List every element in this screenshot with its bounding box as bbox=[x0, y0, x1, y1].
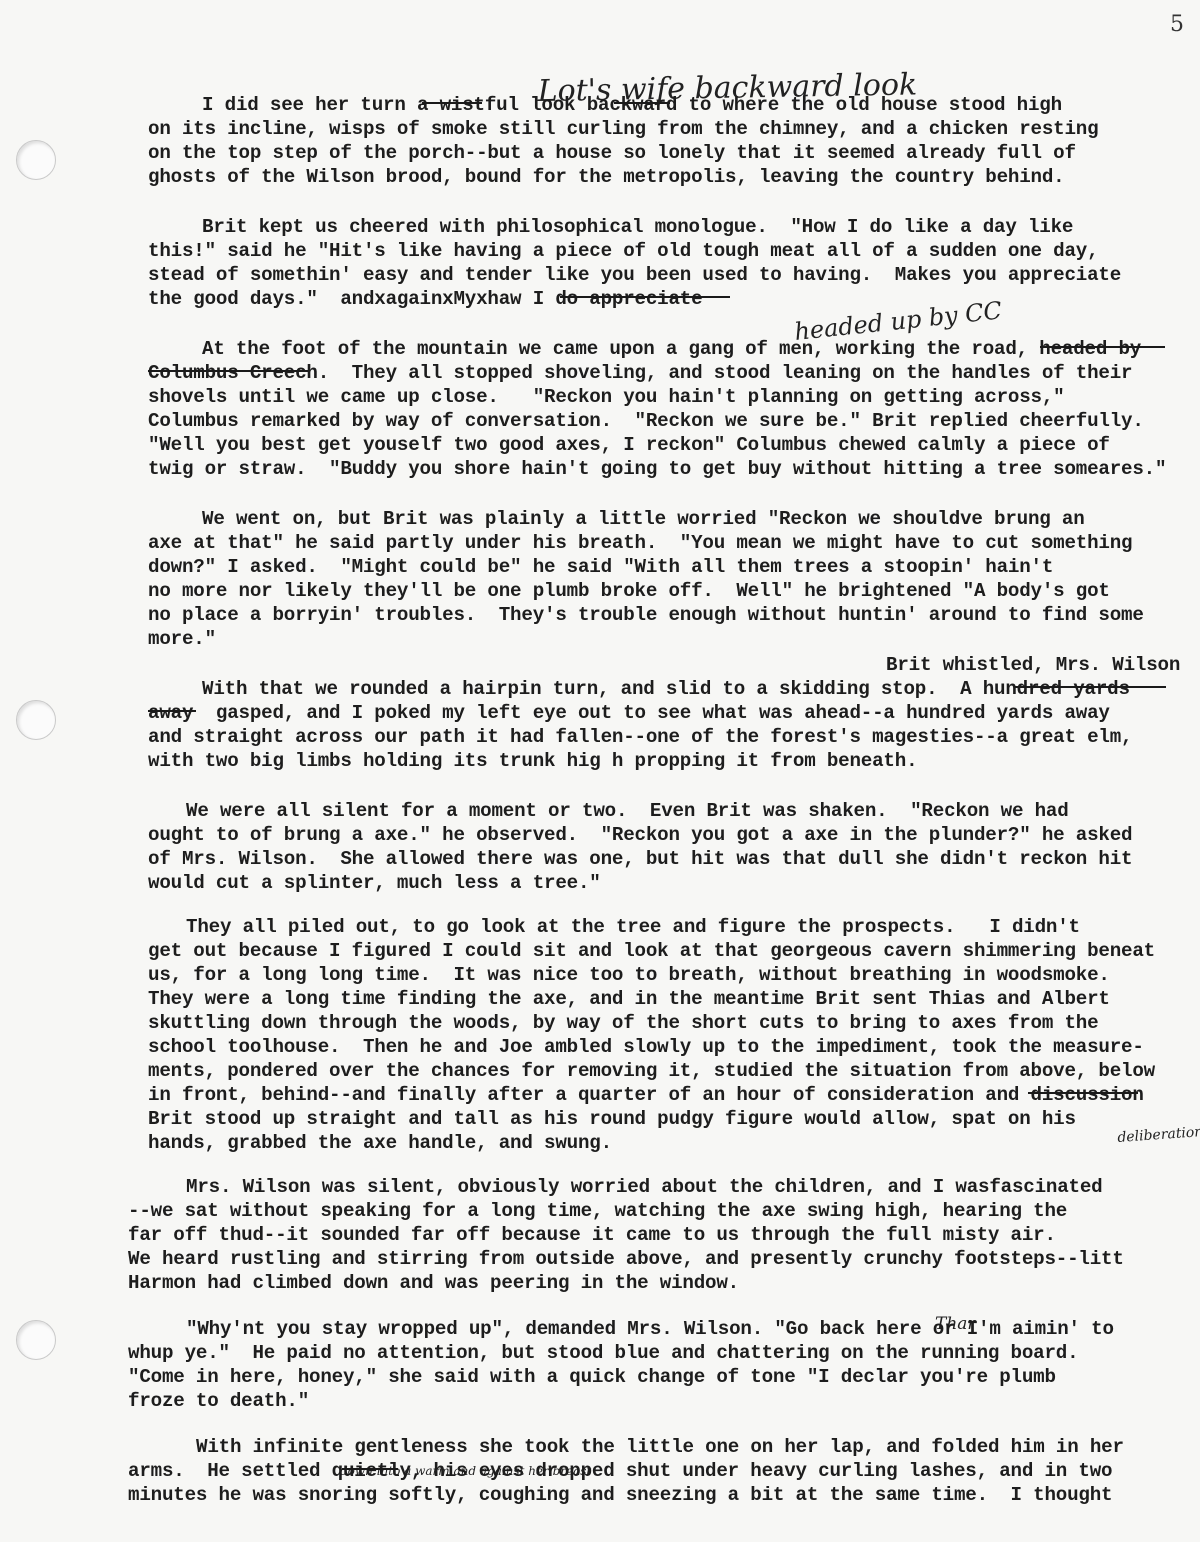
typed-line: With infinite gentleness she took the li… bbox=[196, 1435, 1124, 1459]
typed-line: us, for a long long time. It was nice to… bbox=[148, 963, 1110, 987]
typed-line: At the foot of the mountain we came upon… bbox=[202, 337, 1141, 361]
strikethrough-mark bbox=[1040, 346, 1165, 348]
typed-line: no place a borryin' troubles. They's tro… bbox=[148, 603, 1144, 627]
strikethrough-mark bbox=[560, 296, 730, 298]
typed-line: twig or straw. "Buddy you shore hain't g… bbox=[148, 457, 1166, 481]
typed-line: ought to of brung a axe." he observed. "… bbox=[148, 823, 1132, 847]
typed-line: Brit kept us cheered with philosophical … bbox=[202, 215, 1073, 239]
strikethrough-mark bbox=[614, 102, 670, 104]
typed-line: minutes he was snoring softly, coughing … bbox=[128, 1483, 1112, 1507]
typed-line: on the top step of the porch--but a hous… bbox=[148, 141, 1076, 165]
typed-line: skuttling down through the woods, by way… bbox=[148, 1011, 1098, 1035]
strikethrough-mark bbox=[342, 1468, 398, 1470]
typed-line: We went on, but Brit was plainly a littl… bbox=[202, 507, 1085, 531]
typed-line: froze to death." bbox=[128, 1389, 309, 1413]
typed-line: "Come in here, honey," she said with a q… bbox=[128, 1365, 1056, 1389]
typed-line: stead of somethin' easy and tender like … bbox=[148, 263, 1121, 287]
page-number: 5 bbox=[1170, 12, 1184, 37]
punch-hole bbox=[16, 140, 56, 180]
typed-line: school toolhouse. Then he and Joe ambled… bbox=[148, 1035, 1144, 1059]
typed-line: away gasped, and I poked my left eye out… bbox=[148, 701, 1110, 725]
typed-line: in front, behind--and finally after a qu… bbox=[148, 1083, 1144, 1107]
strikethrough-mark bbox=[148, 370, 308, 372]
strikethrough-mark bbox=[1014, 686, 1166, 688]
typed-line: the good days." andxagainxMyxhaw I do ap… bbox=[148, 287, 702, 311]
handwritten-note-deliberation: deliberation bbox=[1117, 1124, 1200, 1146]
typed-line: --we sat without speaking for a long tim… bbox=[128, 1199, 1067, 1223]
typed-line: "Well you best get youself two good axes… bbox=[148, 433, 1110, 457]
typed-line: get out because I figured I could sit an… bbox=[148, 939, 1155, 963]
typed-line: Brit stood up straight and tall as his r… bbox=[148, 1107, 1076, 1131]
typed-line: far off thud--it sounded far off because… bbox=[128, 1223, 1056, 1247]
typed-line: and straight across our path it had fall… bbox=[148, 725, 1132, 749]
typed-line: hands, grabbed the axe handle, and swung… bbox=[148, 1131, 612, 1155]
typed-line: They all piled out, to go look at the tr… bbox=[186, 915, 1080, 939]
typed-line: ments, pondered over the chances for rem… bbox=[148, 1059, 1155, 1083]
typed-line: With that we rounded a hairpin turn, and… bbox=[202, 677, 1130, 701]
typed-line: whup ye." He paid no attention, but stoo… bbox=[128, 1341, 1078, 1365]
typed-line: Mrs. Wilson was silent, obviously worrie… bbox=[186, 1175, 1102, 1199]
strikethrough-mark bbox=[148, 710, 196, 712]
typed-line: I did see her turn a wistful look backwa… bbox=[202, 93, 1062, 117]
punch-hole bbox=[16, 700, 56, 740]
typed-line: down?" I asked. "Might could be" he said… bbox=[148, 555, 1053, 579]
typed-line: ghosts of the Wilson brood, bound for th… bbox=[148, 165, 1064, 189]
strikethrough-mark bbox=[422, 102, 482, 104]
typed-line: of Mrs. Wilson. She allowed there was on… bbox=[148, 847, 1132, 871]
typed-line: axe at that" he said partly under his br… bbox=[148, 531, 1132, 555]
typed-line: arms. He settled quietly, his eyes dropp… bbox=[128, 1459, 1112, 1483]
typed-line: with two big limbs holding its trunk hig… bbox=[148, 749, 917, 773]
manuscript-page: 5 Lot's wife backward look headed up by … bbox=[0, 0, 1200, 1542]
typed-line: no more nor likely they'll be one plumb … bbox=[148, 579, 1110, 603]
typed-line: Columbus remarked by way of conversation… bbox=[148, 409, 1144, 433]
typed-line: Harmon had climbed down and was peering … bbox=[128, 1271, 739, 1295]
typed-line: Columbus Creech. They all stopped shovel… bbox=[148, 361, 1132, 385]
typed-line: "Why'nt you stay wropped up", demanded M… bbox=[186, 1317, 1114, 1341]
strikethrough-mark bbox=[1028, 1092, 1138, 1094]
typed-line: this!" said he "Hit's like having a piec… bbox=[148, 239, 1098, 263]
typed-line: We heard rustling and stirring from outs… bbox=[128, 1247, 1124, 1271]
typed-line: would cut a splinter, much less a tree." bbox=[148, 871, 601, 895]
typed-line: They were a long time finding the axe, a… bbox=[148, 987, 1110, 1011]
typed-line: on its incline, wisps of smoke still cur… bbox=[148, 117, 1098, 141]
typed-line: more." bbox=[148, 627, 216, 651]
typed-line: Brit whistled, Mrs. Wilson bbox=[886, 653, 1180, 677]
punch-hole bbox=[16, 1320, 56, 1360]
typed-line: We were all silent for a moment or two. … bbox=[186, 799, 1069, 823]
typed-line: shovels until we came up close. "Reckon … bbox=[148, 385, 1064, 409]
